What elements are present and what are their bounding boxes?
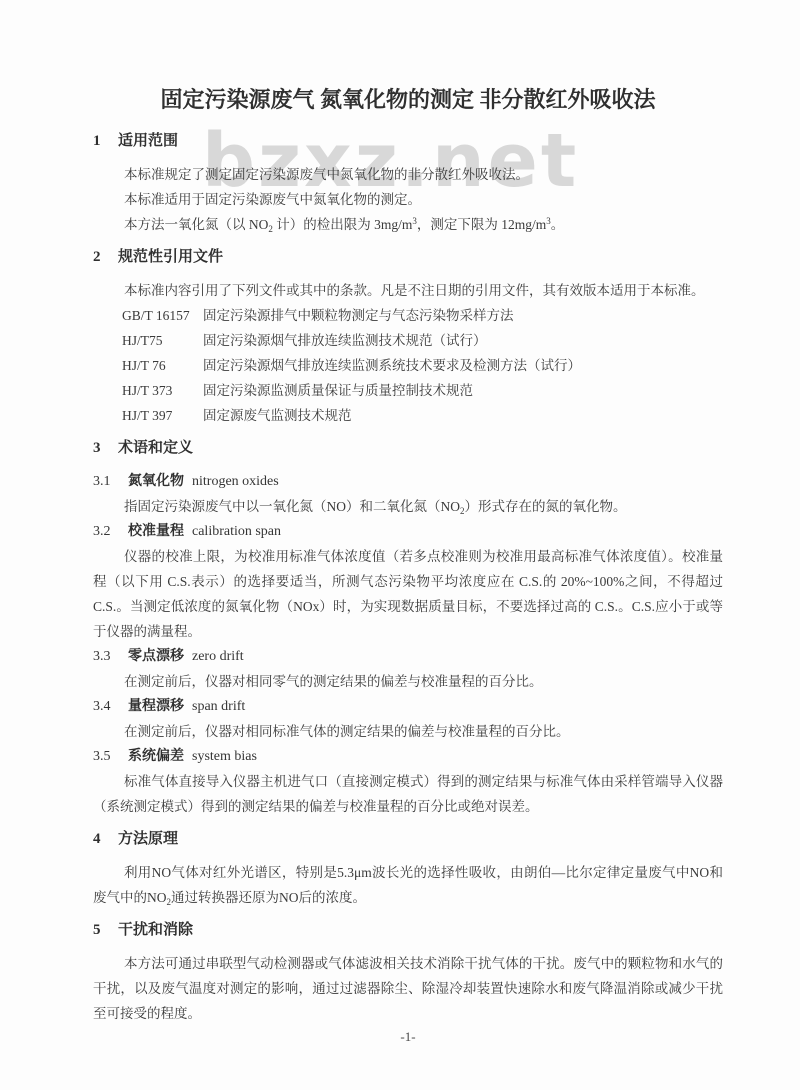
term-heading-span-drift: 3.4 量程漂移 span drift bbox=[93, 694, 723, 719]
term-number: 3.3 bbox=[93, 644, 128, 669]
reference-code: HJ/T75 bbox=[122, 328, 203, 353]
term-zh: 系统偏差 bbox=[128, 744, 184, 769]
reference-code: GB/T 16157 bbox=[122, 303, 203, 328]
reference-row: HJ/T75 固定污染源烟气排放连续监测技术规范（试行） bbox=[93, 328, 723, 353]
term-en: calibration span bbox=[192, 519, 281, 544]
reference-code: HJ/T 373 bbox=[122, 378, 203, 403]
term-heading-zero-drift: 3.3 零点漂移 zero drift bbox=[93, 644, 723, 669]
term-definition: 指固定污染源废气中以一氧化氮（NO）和二氧化氮（NO2）形式存在的氮的氧化物。 bbox=[93, 494, 723, 519]
term-zh: 校准量程 bbox=[128, 519, 184, 544]
paragraph-method-principle: 利用NO气体对红外光谱区，特别是5.3μm波长光的选择性吸收，由朗伯—比尔定律定… bbox=[93, 860, 723, 910]
reference-title: 固定污染源排气中颗粒物测定与气态污染物采样方法 bbox=[203, 303, 723, 328]
reference-list: GB/T 16157 固定污染源排气中颗粒物测定与气态污染物采样方法 HJ/T7… bbox=[93, 303, 723, 428]
section-title: 适用范围 bbox=[118, 129, 178, 154]
paragraph: 本标准规定了测定固定污染源废气中氮氧化物的非分散红外吸收法。 bbox=[93, 162, 723, 187]
paragraph: 本标准内容引用了下列文件或其中的条款。凡是不注日期的引用文件，其有效版本适用于本… bbox=[93, 278, 723, 303]
term-en: span drift bbox=[192, 694, 245, 719]
section-number: 4 bbox=[93, 827, 118, 852]
section-heading-interference-removal: 5 干扰和消除 bbox=[93, 918, 723, 943]
text-run: ，测定下限为 12mg/m bbox=[417, 217, 546, 232]
text-run: ）形式存在的氮的氧化物。 bbox=[465, 499, 627, 514]
term-number: 3.5 bbox=[93, 744, 128, 769]
section-heading-method-principle: 4 方法原理 bbox=[93, 827, 723, 852]
text-run: 指固定污染源废气中以一氧化氮（NO）和二氧化氮（NO bbox=[124, 499, 460, 514]
term-definition: 在测定前后，仪器对相同零气的测定结果的偏差与校准量程的百分比。 bbox=[93, 669, 723, 694]
term-definition: 在测定前后，仪器对相同标准气体的测定结果的偏差与校准量程的百分比。 bbox=[93, 719, 723, 744]
reference-row: HJ/T 373 固定污染源监测质量保证与质量控制技术规范 bbox=[93, 378, 723, 403]
reference-row: HJ/T 76 固定污染源烟气排放连续监测系统技术要求及检测方法（试行） bbox=[93, 353, 723, 378]
term-heading-calibration-span: 3.2 校准量程 calibration span bbox=[93, 519, 723, 544]
term-en: zero drift bbox=[192, 644, 244, 669]
section-heading-normative-references: 2 规范性引用文件 bbox=[93, 245, 723, 270]
term-en: system bias bbox=[192, 744, 257, 769]
section-number: 5 bbox=[93, 918, 118, 943]
term-heading-nitrogen-oxides: 3.1 氮氧化物 nitrogen oxides bbox=[93, 469, 723, 494]
reference-row: GB/T 16157 固定污染源排气中颗粒物测定与气态污染物采样方法 bbox=[93, 303, 723, 328]
term-definition: 仪器的校准上限，为校准用标准气体浓度值（若多点校准则为校准用最高标准气体浓度值）… bbox=[93, 544, 723, 644]
paragraph: 本标准适用于固定污染源废气中氮氧化物的测定。 bbox=[93, 187, 723, 212]
term-definition: 标准气体直接导入仪器主机进气口（直接测定模式）得到的测定结果与标准气体由采样管端… bbox=[93, 769, 723, 819]
reference-title: 固定源废气监测技术规范 bbox=[203, 403, 723, 428]
text-run: 计）的检出限为 3mg/m bbox=[273, 217, 413, 232]
paragraph-detection-limit: 本方法一氧化氮（以 NO2 计）的检出限为 3mg/m3，测定下限为 12mg/… bbox=[93, 212, 723, 237]
document-title: 固定污染源废气 氮氧化物的测定 非分散红外吸收法 bbox=[93, 87, 723, 113]
page-number: -1- bbox=[93, 1026, 723, 1048]
section-heading-scope: 1 适用范围 bbox=[93, 129, 723, 154]
section-title: 方法原理 bbox=[118, 827, 178, 852]
reference-title: 固定污染源烟气排放连续监测技术规范（试行） bbox=[203, 328, 723, 353]
term-number: 3.2 bbox=[93, 519, 128, 544]
reference-title: 固定污染源监测质量保证与质量控制技术规范 bbox=[203, 378, 723, 403]
term-number: 3.4 bbox=[93, 694, 128, 719]
section-title: 术语和定义 bbox=[118, 436, 193, 461]
term-zh: 零点漂移 bbox=[128, 644, 184, 669]
term-number: 3.1 bbox=[93, 469, 128, 494]
reference-row: HJ/T 397 固定源废气监测技术规范 bbox=[93, 403, 723, 428]
term-heading-system-bias: 3.5 系统偏差 system bias bbox=[93, 744, 723, 769]
document-page: bzxz.net 固定污染源废气 氮氧化物的测定 非分散红外吸收法 1 适用范围… bbox=[0, 0, 800, 1090]
section-number: 2 bbox=[93, 245, 118, 270]
reference-code: HJ/T 76 bbox=[122, 353, 203, 378]
reference-title: 固定污染源烟气排放连续监测系统技术要求及检测方法（试行） bbox=[203, 353, 723, 378]
section-heading-terms-definitions: 3 术语和定义 bbox=[93, 436, 723, 461]
term-zh: 量程漂移 bbox=[128, 694, 184, 719]
section-number: 3 bbox=[93, 436, 118, 461]
term-zh: 氮氧化物 bbox=[128, 469, 184, 494]
term-en: nitrogen oxides bbox=[192, 469, 279, 494]
section-title: 规范性引用文件 bbox=[118, 245, 223, 270]
section-number: 1 bbox=[93, 129, 118, 154]
section-title: 干扰和消除 bbox=[118, 918, 193, 943]
reference-code: HJ/T 397 bbox=[122, 403, 203, 428]
text-run: 。 bbox=[551, 217, 565, 232]
text-run: 本方法一氧化氮（以 NO bbox=[124, 217, 268, 232]
document-content: 固定污染源废气 氮氧化物的测定 非分散红外吸收法 1 适用范围 本标准规定了测定… bbox=[0, 0, 800, 1026]
text-run: 通过转换器还原为NO后的浓度。 bbox=[171, 890, 366, 905]
paragraph-interference-removal: 本方法可通过串联型气动检测器或气体滤波相关技术消除干扰气体的干扰。废气中的颗粒物… bbox=[93, 951, 723, 1026]
